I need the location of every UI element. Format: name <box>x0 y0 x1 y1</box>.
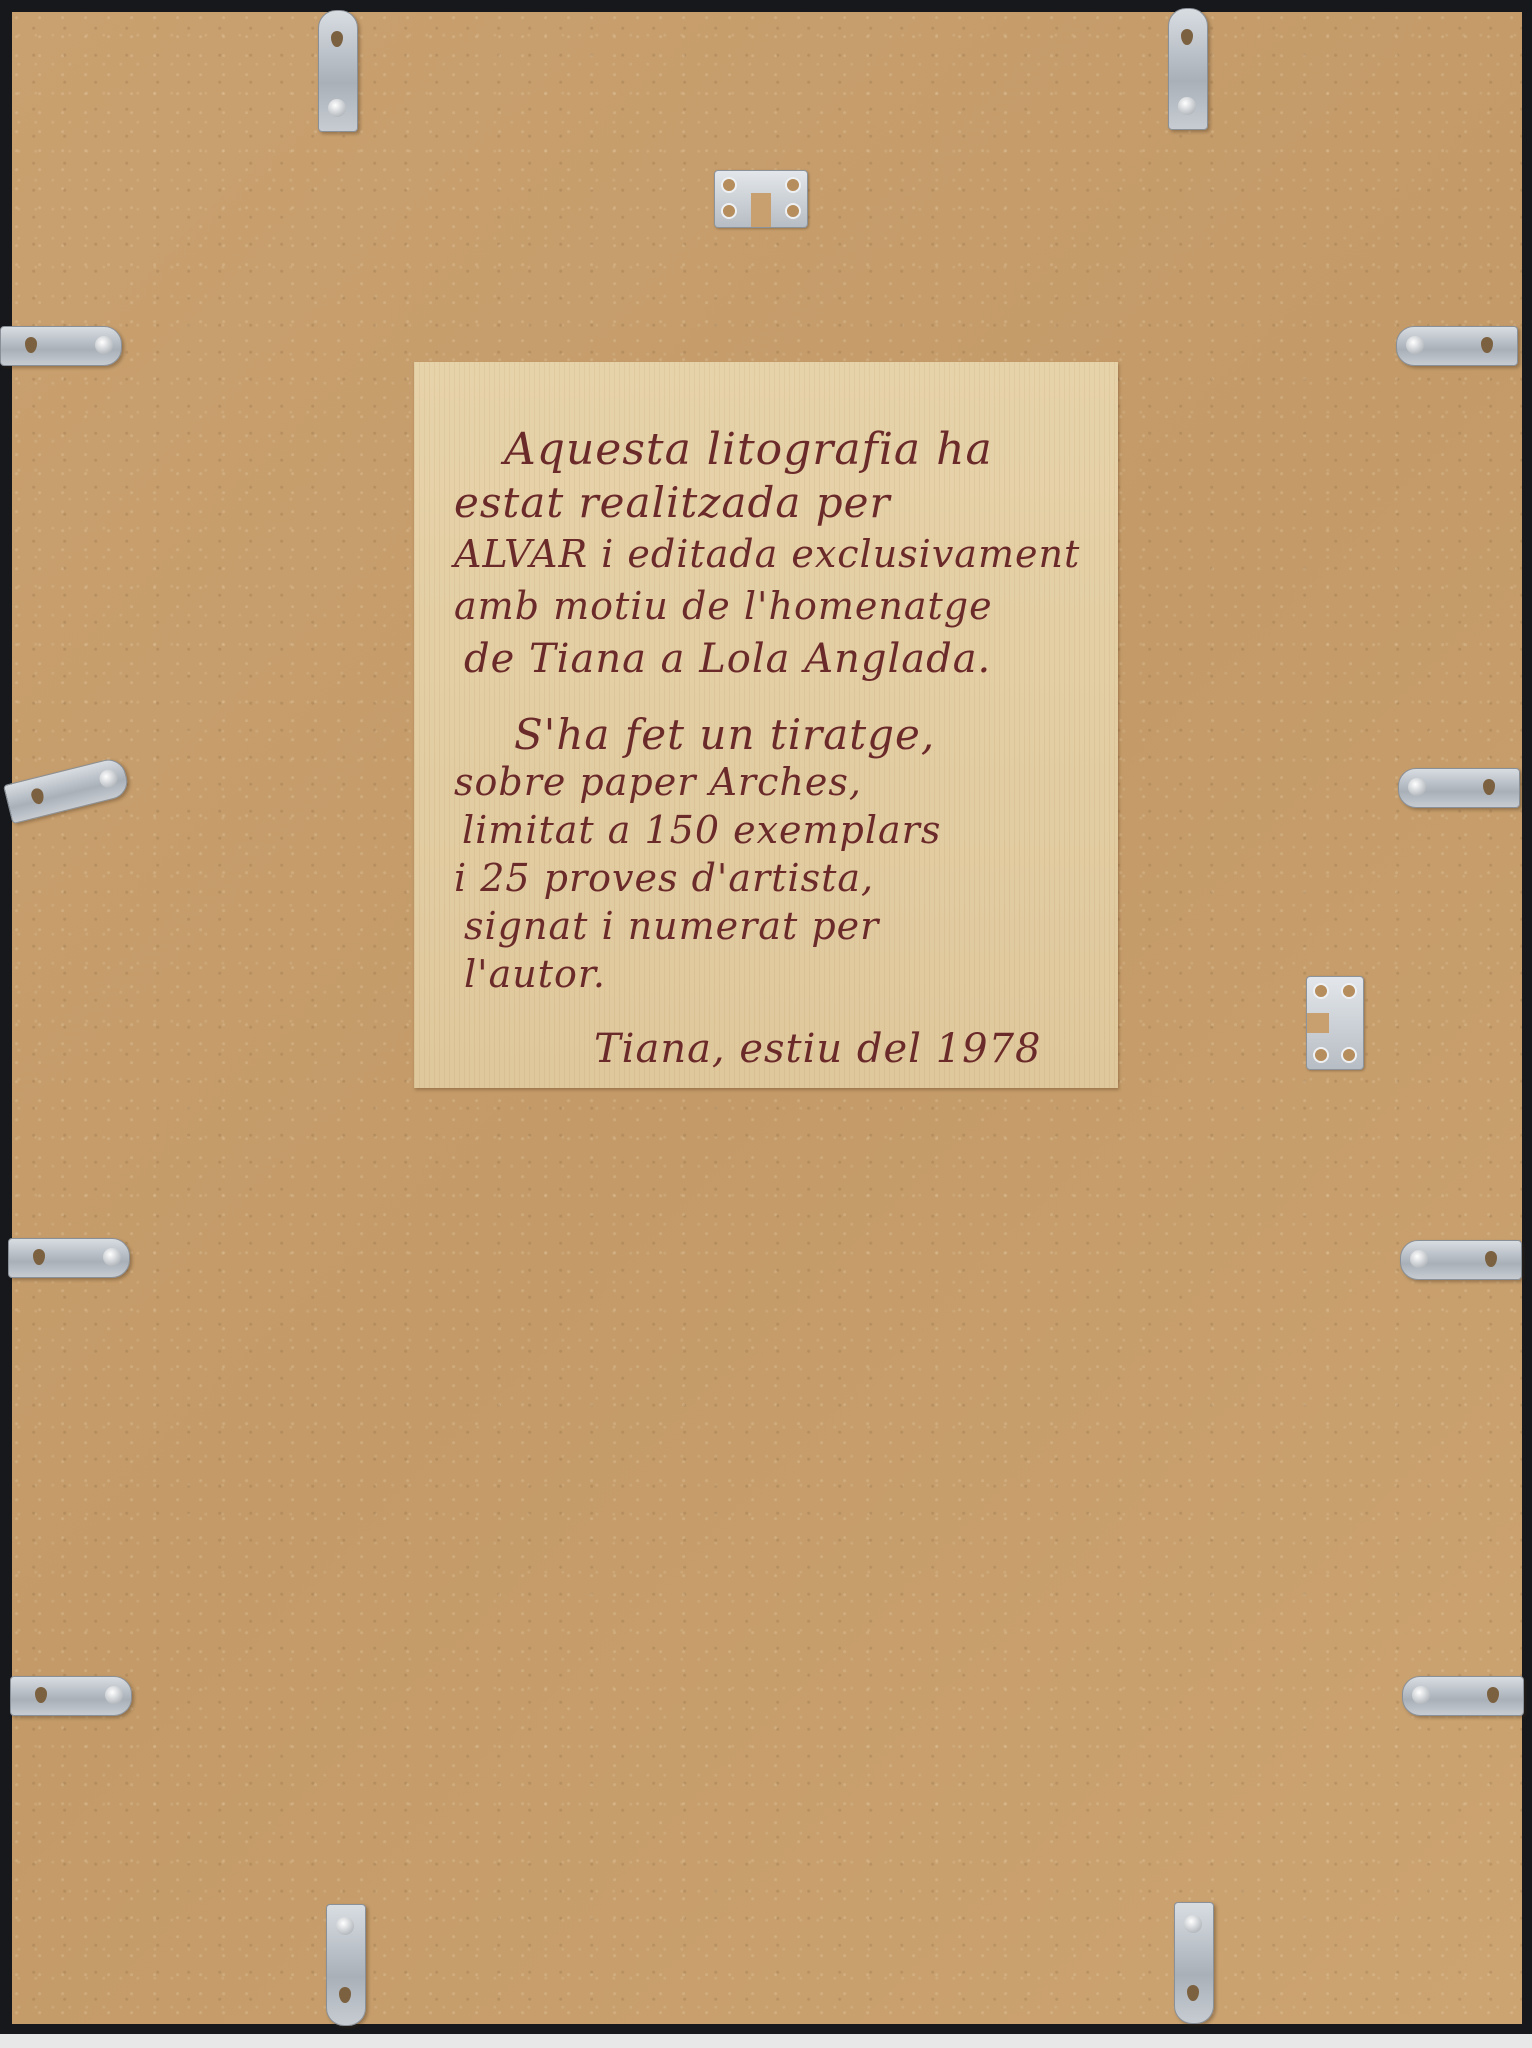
turn-clip-right-1 <box>1396 326 1518 366</box>
turn-clip-right-4 <box>1402 1676 1524 1716</box>
rivet-icon <box>1412 1686 1430 1704</box>
clip-hole-icon <box>1181 29 1193 45</box>
hanger-eye-icon <box>1313 983 1329 999</box>
rivet-icon <box>1178 97 1196 115</box>
hanger-eye-icon <box>1313 1047 1329 1063</box>
rivet-icon <box>95 336 113 354</box>
clip-hole-icon <box>1187 1985 1199 2001</box>
turn-clip-top-right <box>1168 8 1208 130</box>
rivet-icon <box>1410 1250 1428 1268</box>
note-line-11: l'autor. <box>464 952 606 996</box>
note-line-5: de Tiana a Lola Anglada. <box>464 636 991 682</box>
clip-hole-icon <box>339 1987 351 2003</box>
note-line-2: estat realitzada per <box>454 478 891 527</box>
note-line-4: amb motiu de l'homenatge <box>454 584 993 628</box>
turn-clip-left-1 <box>0 326 122 366</box>
turn-clip-bottom-right <box>1174 1902 1214 2024</box>
clip-hole-icon <box>33 1249 45 1265</box>
note-line-6: S'ha fet un tiratge, <box>514 710 935 759</box>
clip-hole-icon <box>331 31 343 47</box>
clip-hole-icon <box>30 787 46 805</box>
rivet-icon <box>1408 778 1426 796</box>
note-signature: Tiana, estiu del 1978 <box>594 1026 1041 1072</box>
clip-hole-icon <box>25 337 37 353</box>
rivet-icon <box>105 1686 123 1704</box>
rivet-icon <box>1184 1915 1202 1933</box>
rivet-icon <box>98 768 120 790</box>
turn-clip-left-3 <box>8 1238 130 1278</box>
handwritten-note: Aquesta litografia ha estat realitzada p… <box>414 362 1118 1088</box>
turn-clip-right-3 <box>1400 1240 1522 1280</box>
note-line-3: ALVAR i editada exclusivament <box>454 532 1080 576</box>
hanger-eye-icon <box>721 177 737 193</box>
rivet-icon <box>336 1917 354 1935</box>
note-line-10: signat i numerat per <box>464 904 879 948</box>
turn-clip-right-2 <box>1398 768 1520 808</box>
clip-hole-icon <box>1483 779 1495 795</box>
hanger-eye-icon <box>1341 983 1357 999</box>
hanger-gap <box>751 193 771 227</box>
hanger-gap <box>1307 1013 1329 1033</box>
turn-clip-bottom-left <box>326 1904 366 2026</box>
clip-hole-icon <box>1485 1251 1497 1267</box>
clip-hole-icon <box>1481 337 1493 353</box>
hanger-eye-icon <box>785 177 801 193</box>
rivet-icon <box>1406 336 1424 354</box>
sawtooth-hanger-top <box>714 170 808 228</box>
note-line-9: i 25 proves d'artista, <box>454 856 874 900</box>
sawtooth-hanger-right <box>1306 976 1364 1070</box>
rivet-icon <box>328 99 346 117</box>
hanger-eye-icon <box>1341 1047 1357 1063</box>
note-line-7: sobre paper Arches, <box>454 760 862 804</box>
turn-clip-left-4 <box>10 1676 132 1716</box>
clip-hole-icon <box>1487 1687 1499 1703</box>
hanger-eye-icon <box>721 203 737 219</box>
hanger-eye-icon <box>785 203 801 219</box>
note-line-1: Aquesta litografia ha <box>504 424 993 475</box>
turn-clip-top-left <box>318 10 358 132</box>
rivet-icon <box>103 1248 121 1266</box>
note-line-8: limitat a 150 exemplars <box>462 808 941 852</box>
clip-hole-icon <box>35 1687 47 1703</box>
